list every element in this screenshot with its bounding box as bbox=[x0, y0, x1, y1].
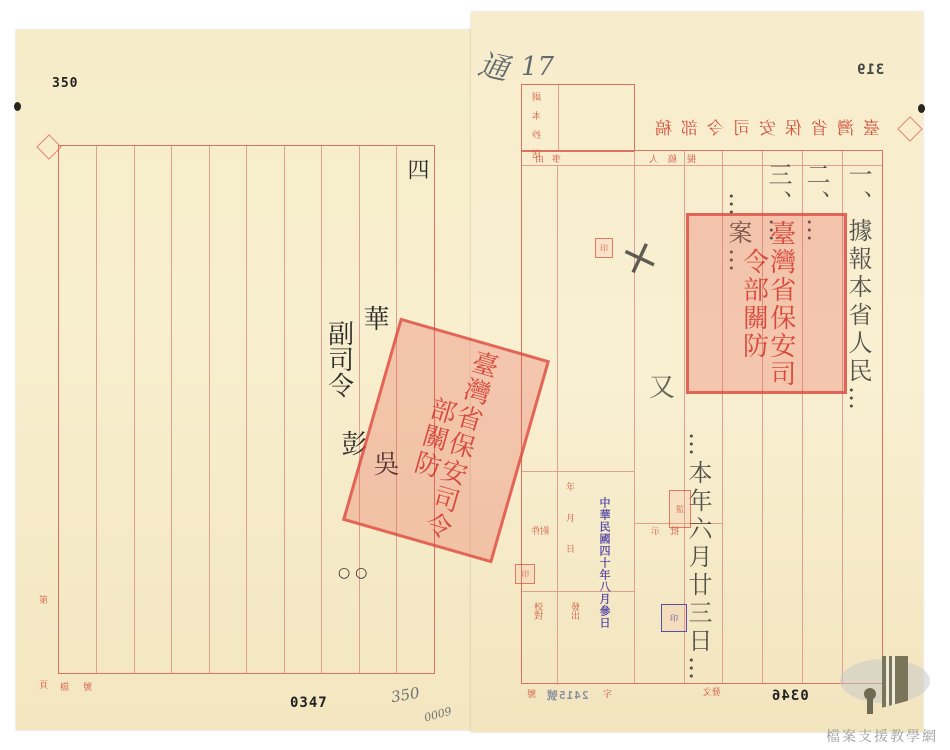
form-title: 臺灣省保安司令部稿 bbox=[646, 114, 880, 139]
header-mark: 四 bbox=[401, 158, 432, 180]
watermark: 檔案支援教學網 bbox=[826, 726, 938, 746]
date-stamp: 中華民國四十年八月參日 bbox=[596, 497, 612, 629]
salutation-line-2: 副司令 bbox=[324, 320, 353, 398]
watermark-text: 檔案支援教學網 bbox=[826, 729, 938, 745]
binding-hole bbox=[14, 102, 21, 111]
sent-label: 發出 bbox=[568, 602, 581, 620]
approval-mark: 又 bbox=[649, 367, 675, 404]
small-red-seal-icon: 印 bbox=[515, 564, 535, 584]
reason-label: 事由 bbox=[527, 152, 561, 165]
right-stamped-serial: 0346 bbox=[771, 688, 809, 704]
bottom-label-left: 號 bbox=[527, 687, 536, 700]
handwritten-mark: 通 bbox=[475, 39, 513, 88]
checked-label: 校對 bbox=[531, 602, 544, 620]
main-text-column-5: …本年六月廿三日… bbox=[681, 432, 716, 684]
seal-text: 臺灣省保安司令部關防 bbox=[392, 334, 501, 546]
binding-hole bbox=[918, 104, 925, 113]
bottom-label-right: 發文 bbox=[703, 685, 721, 698]
handwritten-mark: 17 bbox=[521, 52, 554, 82]
handwritten-note-350: 350 bbox=[390, 684, 421, 707]
left-page-number: 350 bbox=[52, 76, 78, 91]
proposer-label: 擬稿人 bbox=[639, 152, 696, 165]
bottom-label-mid: 字 bbox=[603, 687, 612, 700]
salutation-line-1: 華 bbox=[356, 305, 393, 331]
punctuation-marks: ○ ○ bbox=[338, 565, 367, 581]
corner-stamp-icon bbox=[897, 116, 922, 141]
attachment-label: 附件 bbox=[531, 524, 549, 537]
bottom-serial: 2415號 bbox=[546, 687, 589, 703]
archive-keyhole-book-icon bbox=[840, 656, 930, 726]
purple-seal-icon: 印 bbox=[661, 604, 687, 632]
handwritten-note-0009: 0009 bbox=[423, 705, 453, 725]
file-number-label: 檔號 bbox=[60, 680, 106, 693]
date-fields: 年月日 bbox=[563, 482, 576, 575]
left-stamped-serial: 0347 bbox=[290, 695, 328, 711]
seal-text: 臺灣省保安司令部關防 bbox=[739, 216, 794, 391]
large-official-seal: 臺灣省保安司令部關防 bbox=[686, 213, 847, 394]
small-red-seal-icon: 監 bbox=[669, 490, 691, 528]
page-label-top: 第 bbox=[36, 595, 49, 604]
right-page-number: 319 bbox=[856, 62, 884, 78]
small-red-seal-icon: 印 bbox=[595, 238, 613, 258]
page-label-bottom: 頁 bbox=[36, 680, 49, 689]
